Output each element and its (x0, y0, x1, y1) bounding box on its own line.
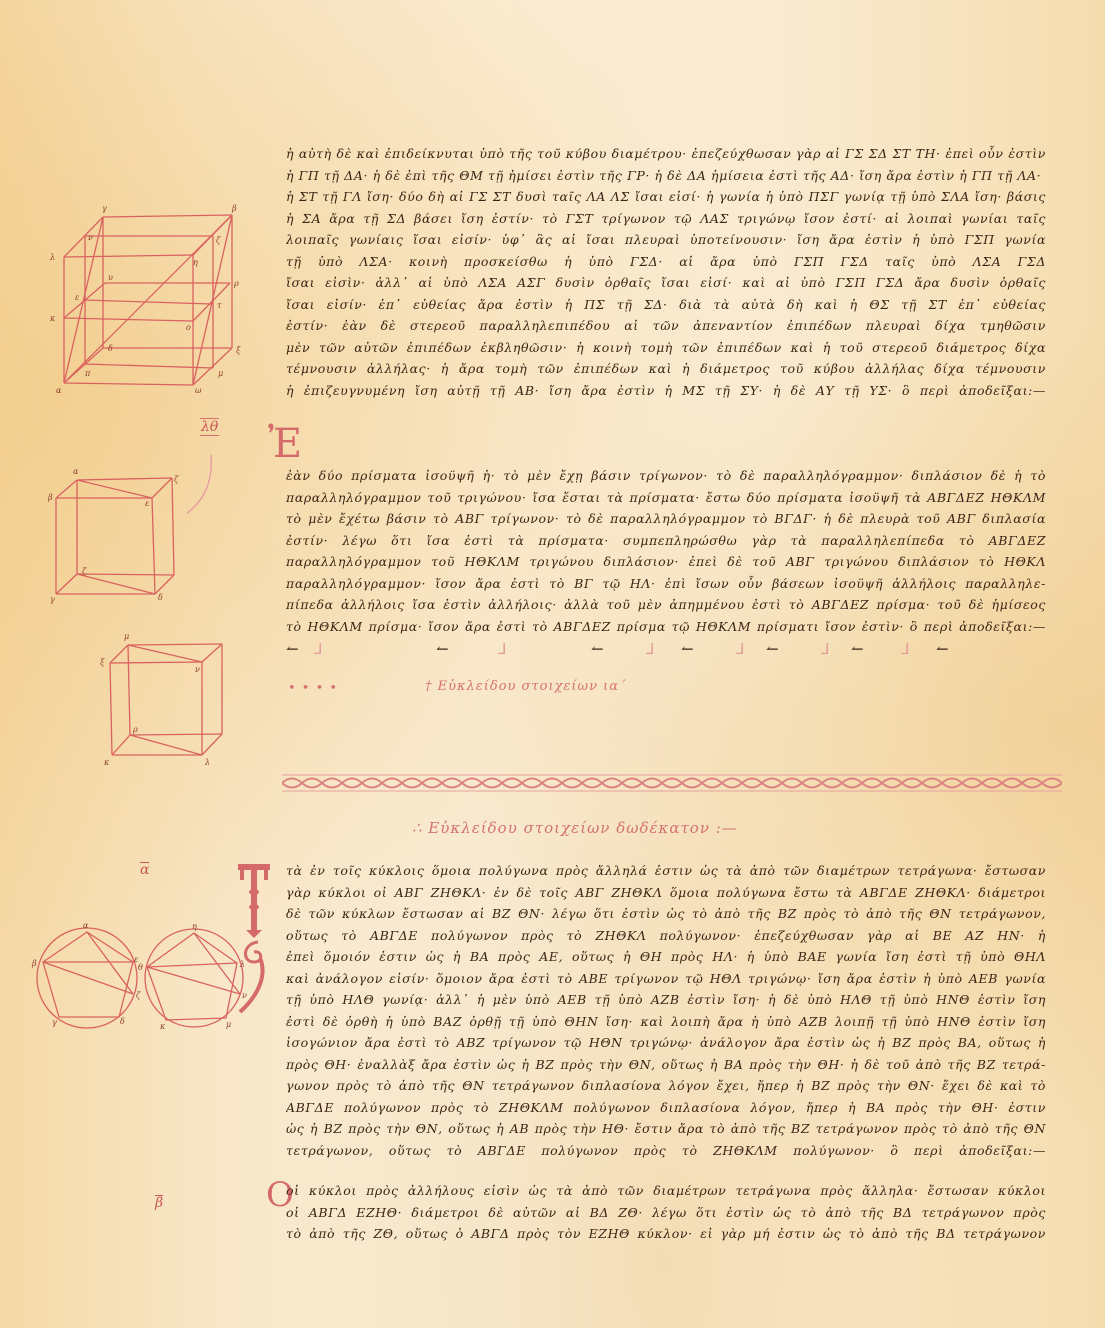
svg-text:β: β (31, 959, 37, 968)
svg-text:ζ: ζ (82, 567, 87, 576)
text-line: ἡ ΣΤ τῇ ΓΛ ἴση· δύο δὴ αἱ ΓΣ ΣΤ δυσὶ ταῖ… (286, 186, 1046, 208)
arrow-icon: ↼ (591, 640, 604, 658)
text-line: τέμνουσιν ἀλλήλας· ἡ ἄρα τομὴ τῶν ἐπιπέδ… (286, 358, 1046, 380)
text-line: λοιπαῖς γωνίαις ἴσαι εἰσίν· ὑφ᾽ ἃς αἱ ἴσ… (286, 229, 1046, 251)
svg-text:α: α (73, 467, 79, 476)
text-line: τετράγωνον, οὕτως τὸ ΑΒΓΔΕ πολύγωνον πρὸ… (286, 1140, 1046, 1162)
svg-text:ζ: ζ (136, 991, 141, 1000)
svg-text:ξ: ξ (236, 346, 241, 355)
svg-text:ο: ο (186, 323, 191, 332)
svg-text:δ: δ (108, 344, 113, 353)
text-line: ἐστὶ δὲ ὀρθὴ ἡ ὑπὸ ΒΑΖ ὀρθῇ τῇ ὑπὸ ΘΗΝ ἴ… (286, 1011, 1046, 1033)
svg-text:β: β (231, 204, 237, 213)
svg-text:λ: λ (49, 253, 55, 262)
text-line: ἡ αὐτὴ δὲ καὶ ἐπιδείκνυται ὑπὸ τῆς τοῦ κ… (286, 143, 1046, 165)
text-line: ἰσογώνιον ἄρα ἐστὶ τὸ ΑΒΖ τρίγωνον τῷ ΗΘ… (286, 1032, 1046, 1054)
rubric-dots: • • • • (288, 681, 338, 696)
text-line: πρὸς ΘΗ· ἐναλλὰξ ἄρα ἐστὶν ὡς ἡ ΒΖ πρὸς … (286, 1054, 1046, 1076)
text-line: τὸ μὲν ἔχέτω βάσιν τὸ ΑΒΓ τρίγωνον· τὸ δ… (286, 508, 1046, 530)
svg-text:ω: ω (195, 386, 202, 395)
text-line: οἱ ΑΒΓΔ ΕΖΗΘ· διάμετροι δὲ αὐτῶν αἱ ΒΔ Ζ… (286, 1202, 1046, 1224)
svg-text:ε: ε (75, 293, 79, 302)
svg-text:η: η (193, 258, 198, 267)
text-line: παραλληλόγραμμον τοῦ ΗΘΚΛΜ τριγώνου διπλ… (286, 551, 1046, 573)
svg-text:υ: υ (108, 273, 113, 282)
svg-text:ζ: ζ (216, 236, 221, 245)
text-line: ὡς ἡ ΒΖ πρὸς τὴν ΘΝ, οὕτως ἡ ΑΒ πρὸς τὴν… (286, 1118, 1046, 1140)
text-line: δὲ τῶν κύκλων ἔστωσαν αἱ ΒΖ ΘΝ· λέγω ὅτι… (286, 903, 1046, 925)
svg-text:κ: κ (49, 314, 56, 323)
svg-text:τ: τ (217, 301, 222, 310)
text-line: ἡ ἐπιζευγνυμένη ἴση αὐτῇ τῇ ΑΒ· ἴση ἄρα … (286, 380, 1046, 402)
text-line: τὰ ἐν τοῖς κύκλοις ὅμοια πολύγωνα πρὸς ἄ… (286, 860, 1046, 882)
text-line: ἐστίν· ἐὰν δὲ στερεοῦ παραλληλεπιπέδου α… (286, 315, 1046, 337)
manuscript-page: ἡ αὐτὴ δὲ καὶ ἐπιδείκνυται ὑπὸ τῆς τοῦ κ… (0, 0, 1105, 1328)
svg-text:ρ: ρ (233, 279, 239, 288)
svg-text:ρ: ρ (132, 725, 138, 734)
text-line: παραλληλόγραμμον τοῦ τριγώνου· ἴσα ἔσται… (286, 487, 1046, 509)
arrow-icon: ⅃ (901, 640, 909, 658)
text-line: τῇ ὑπὸ ΗΛΘ γωνίᾳ· ἀλλ᾽ ἡ μὲν ὑπὸ ΑΕΒ τῇ … (286, 989, 1046, 1011)
text-line: ἡ ΣΑ ἄρα τῇ ΣΔ βάσει ἴση ἐστίν· τὸ ΓΣΤ τ… (286, 208, 1046, 230)
diagram-small-cube: μξ νρ κλ (40, 620, 270, 800)
marginal-number-beta: β (155, 1195, 163, 1210)
text-line: οὕτως τὸ ΑΒΓΔΕ πολύγωνον πρὸς τὸ ΖΗΘΚΛ π… (286, 925, 1046, 947)
arrow-icon: ↼ (286, 640, 299, 658)
svg-text:ν: ν (88, 233, 93, 242)
text-line: ἐπεὶ ὅμοιόν ἐστιν ὡς ἡ ΒΑ πρὸς ΑΕ, οὕτως… (286, 946, 1046, 968)
text-line: ΑΒΓΔΕ πολύγωνον πρὸς τὸ ΖΗΘΚΛΜ πολύγωνον… (286, 1097, 1046, 1119)
diagram-medium-cube: αζ βε ζγ δ (40, 420, 270, 620)
svg-text:γ: γ (102, 204, 107, 213)
text-line: ἡ ΓΠ τῇ ΔΑ· ἡ δὲ ἐπὶ τῆς ΘΜ τῇ ἡμίσει ἐσ… (286, 165, 1046, 187)
text-section-one: ἡ αὐτὴ δὲ καὶ ἐπιδείκνυται ὑπὸ τῆς τοῦ κ… (286, 143, 1046, 401)
text-line: τὸ ἀπὸ τῆς ΖΘ, οὕτως ὁ ΑΒΓΔ πρὸς τὸν ΕΖΗ… (286, 1223, 1046, 1245)
svg-text:μ: μ (124, 632, 129, 641)
text-line: γὰρ κύκλοι οἱ ΑΒΓ ΖΗΘΚΛ· ἐν δὲ τοῖς ΑΒΓ … (286, 882, 1046, 904)
end-note-rubric: † Εὐκλείδου στοιχείων ια΄ (425, 679, 627, 694)
svg-text:θ: θ (138, 963, 143, 972)
arrow-icon: ⅃ (646, 640, 654, 658)
svg-text:μ: μ (218, 369, 223, 378)
initial-letter-epsilon: Ἐ (268, 424, 302, 464)
arrow-icon: ↼ (681, 640, 694, 658)
svg-text:η: η (192, 922, 197, 931)
svg-text:ε: ε (145, 499, 149, 508)
svg-text:λ: λ (239, 960, 245, 969)
arrow-icon: ↼ (766, 640, 779, 658)
svg-text:π: π (84, 369, 91, 378)
book-heading: ∴ Εὐκλείδου στοιχείων δωδέκατον :— (412, 819, 738, 837)
text-line: τὸ ΗΘΚΛΜ πρίσμα· ἴσον ἄρα ἐστὶ τὸ ΑΒΓΔΕΖ… (286, 616, 1046, 638)
arrow-icon: ⅃ (736, 640, 744, 658)
svg-text:α: α (56, 386, 62, 395)
svg-text:λ: λ (204, 758, 210, 767)
arrow-icon: ↼ (851, 640, 864, 658)
arrow-icon: ⅃ (498, 640, 506, 658)
arrow-icon: ⅃ (314, 640, 322, 658)
text-line: οἱ κύκλοι πρὸς ἀλλήλους εἰσὶν ὡς τὰ ἀπὸ … (286, 1180, 1046, 1202)
ornamental-braid-band (282, 772, 1062, 794)
diagram-inscribed-pentagons: αβ εζ γδ ηθ λν κμ (20, 840, 280, 1040)
svg-text:ζ: ζ (174, 475, 179, 484)
svg-text:ξ: ξ (100, 658, 105, 667)
text-section-four: οἱ κύκλοι πρὸς ἀλλήλους εἰσὶν ὡς τὰ ἀπὸ … (286, 1180, 1046, 1245)
text-line: γωνον πρὸς τὸ ἀπὸ τῆς ΘΝ τετράγωνον διπλ… (286, 1075, 1046, 1097)
text-line: ἴσαι εἰσίν· ἐπ᾽ εὐθείας ἄρα ἐστὶν ἡ ΠΣ τ… (286, 294, 1046, 316)
svg-text:γ: γ (50, 595, 55, 604)
text-line: καὶ ἀνάλογον εἰσίν· ὅμοιον ἄρα ἐστὶ τὸ Α… (286, 968, 1046, 990)
svg-text:δ: δ (158, 593, 163, 602)
text-line: πίπεδα ἀλλήλοις ἴσα ἐστὶν ἀλλήλοις· ἀλλὰ… (286, 594, 1046, 616)
text-section-three: τὰ ἐν τοῖς κύκλοις ὅμοια πολύγωνα πρὸς ἄ… (286, 860, 1046, 1161)
svg-text:β: β (47, 493, 53, 502)
svg-text:κ: κ (159, 1022, 166, 1031)
svg-text:γ: γ (52, 1018, 57, 1027)
svg-text:ν: ν (195, 665, 200, 674)
diagram-large-cube: γβ νζ λη υρ ετ κο δξ πμ αω (40, 180, 270, 430)
arrow-icon: ↼ (936, 640, 949, 658)
svg-text:μ: μ (226, 1020, 231, 1029)
arrow-decoration-row: ↼ ⅃ ↼ ⅃ ↼ ⅃ ↼ ⅃ ↼ ⅃ ↼ ⅃ ↼ (286, 640, 1006, 660)
svg-text:α: α (83, 921, 89, 930)
text-line: ἐστίν· λέγω ὅτι ἴσα ἐστὶ τὰ πρίσματα· συ… (286, 530, 1046, 552)
svg-text:κ: κ (103, 758, 110, 767)
svg-text:ν: ν (242, 991, 247, 1000)
text-line: ἴσαι εἰσὶν· ἀλλ᾽ αἱ ὑπὸ ΛΣΑ ΑΣΓ δυσὶν ὀρ… (286, 272, 1046, 294)
arrow-icon: ⅃ (821, 640, 829, 658)
text-line: μὲν τῶν αὐτῶν ἐπιπέδων ἐκβληθῶσιν· ἡ κοι… (286, 337, 1046, 359)
text-line: παραλληλόγραμμον· ἴσον ἄρα ἐστὶ τὸ ΒΓ τῷ… (286, 573, 1046, 595)
svg-text:δ: δ (120, 1017, 125, 1026)
arrow-icon: ↼ (436, 640, 449, 658)
text-line: τῇ ὑπὸ ΛΣΑ· κοινὴ προσκείσθω ἡ ὑπὸ ΓΣΔ· … (286, 251, 1046, 273)
text-section-two: ἐὰν δύο πρίσματα ἰσοϋψῆ ἡ· τὸ μὲν ἔχῃ βά… (286, 465, 1046, 637)
text-line: ἐὰν δύο πρίσματα ἰσοϋψῆ ἡ· τὸ μὲν ἔχῃ βά… (286, 465, 1046, 487)
